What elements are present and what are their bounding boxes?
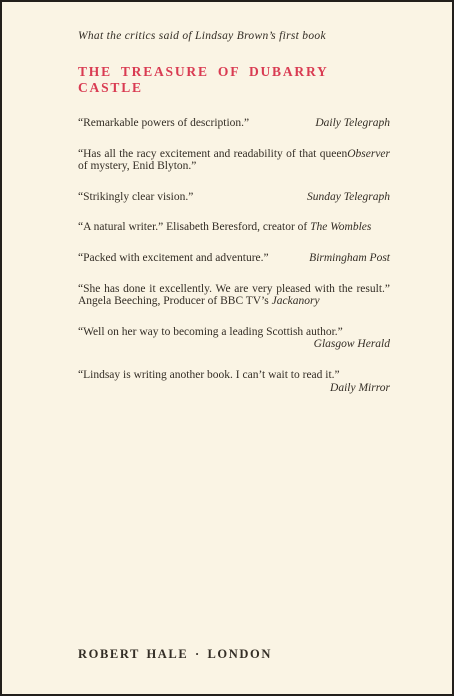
quote-item: “A natural writer.” Elisabeth Beresford,… xyxy=(78,221,390,234)
quote-source: Daily Mirror xyxy=(78,382,390,395)
quote-item: “Remarkable powers of description.” Dail… xyxy=(78,117,390,130)
quote-item: “Strikingly clear vision.” Sunday Telegr… xyxy=(78,191,390,204)
quote-text: “Lindsay is writing another book. I can’… xyxy=(78,369,390,382)
quote-text: “Well on her way to becoming a leading S… xyxy=(78,326,390,339)
quote-text: “She has done it excellently. We are ver… xyxy=(78,283,390,308)
quote-source: Glasgow Herald xyxy=(78,338,390,351)
quote-text: “A natural writer.” Elisabeth Beresford,… xyxy=(78,221,307,233)
quote-source: Birmingham Post xyxy=(309,252,390,265)
quote-item: “Lindsay is writing another book. I can’… xyxy=(78,369,390,394)
book-reviews-page: What the critics said of Lindsay Brown’s… xyxy=(0,0,454,696)
quote-item: “She has done it excellently. We are ver… xyxy=(78,283,390,308)
quote-work-title: The Wombles xyxy=(310,221,371,233)
quote-text: “Packed with excitement and adventure.” xyxy=(78,252,269,265)
quote-text: “Remarkable powers of description.” xyxy=(78,117,249,130)
quote-source: Observer xyxy=(347,148,390,161)
page-header: What the critics said of Lindsay Brown’s… xyxy=(78,30,390,42)
quote-item: “Well on her way to becoming a leading S… xyxy=(78,326,390,351)
quote-source: Sunday Telegraph xyxy=(307,191,390,204)
quotes-list: “Remarkable powers of description.” Dail… xyxy=(78,117,390,394)
quote-text: “Strikingly clear vision.” xyxy=(78,191,193,204)
quote-item: Observer “Has all the racy excitement an… xyxy=(78,148,390,173)
quote-item: “Packed with excitement and adventure.” … xyxy=(78,252,390,265)
book-title: THE TREASURE OF DUBARRY CASTLE xyxy=(78,64,390,96)
publisher-imprint: ROBERT HALE · LONDON xyxy=(78,647,272,662)
quote-work-title: Jackanory xyxy=(272,295,320,307)
quote-source: Daily Telegraph xyxy=(315,117,390,130)
quote-text: “Has all the racy excitement and readabi… xyxy=(78,148,347,173)
